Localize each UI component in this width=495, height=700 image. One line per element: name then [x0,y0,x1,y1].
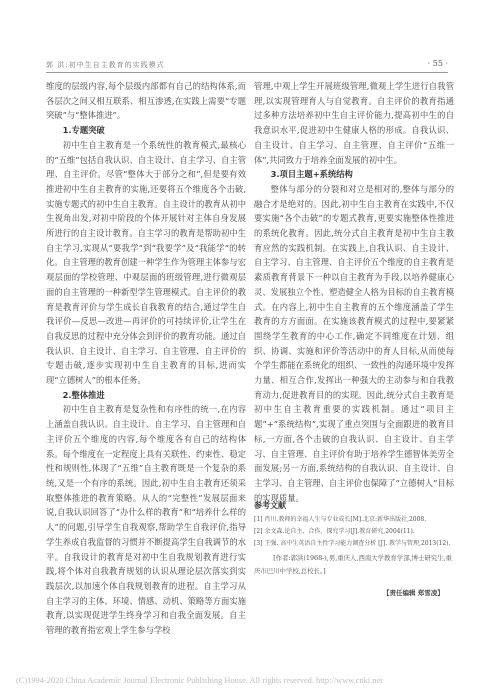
copyright-footer: (C)1994-2020 China Academic Journal Elec… [16,676,383,685]
page-header: 郭 洪:初中生自主教育的实践模式 · 55 · [46,59,448,71]
paragraph: 初中生自主教育是复杂性和有序性的统一,在内容上涵盖自我认识、自主设计、自主学习、… [46,402,246,637]
section-heading-overall-advance: 2.整体推进 [46,388,246,403]
reference-item: [1] 肖川.教师的幸福人生与专业成长[M].北京:新华出版社,2008. [254,514,454,526]
section-heading-topic-breakthrough: 1.专题突破 [46,123,246,138]
paragraph: 维度的层级内容,每个层级内部都有自己的结构体系,而各层次之间又相互联系、相互渗透… [46,79,246,123]
author-note: [作者:郭洪(1968-),男,重庆人,西南大学教育学部,博士研究生,重庆市巴川… [254,552,454,577]
right-column: 管理,中观上学生开展班级管理,微观上学生进行自我管理,以实现管理育人与自觉教育。… [254,79,454,505]
references: 参考文献 [1] 肖川.教师的幸福人生与专业成长[M].北京:新华出版社,200… [254,500,454,577]
section-heading-project-system: 3.项目主题+系统结构 [254,167,454,182]
paragraph: 初中生自主教育是一个系统性的教育模式,最核心的“五维”包括自我认识、自主设计、自… [46,138,246,388]
editor-note: 【责任编辑 郑雪凌】 [383,588,444,597]
running-title: 郭 洪:初中生自主教育的实践模式 [46,60,165,70]
header-rule [46,72,448,73]
paragraph: 整体与部分的分裂和对立是相对的,整体与部分的融合才是绝对的。因此,初中生自主教育… [254,182,454,505]
page-number: · 55 · [428,59,448,68]
left-column: 维度的层级内容,每个层级内部都有自己的结构体系,而各层次之间又相互联系、相互渗透… [46,79,246,638]
reference-item: [3] 王强. 高中生英语自主性学习能力调查分析 [J]. 教学与管理,2013… [254,538,454,550]
references-title: 参考文献 [254,500,454,511]
paragraph: 管理,中观上学生开展班级管理,微观上学生进行自我管理,以实现管理育人与自觉教育。… [254,79,454,167]
reference-item: [2] 余文森.论自主、合作、探究学习[J].教育研究,2004(11). [254,526,454,538]
